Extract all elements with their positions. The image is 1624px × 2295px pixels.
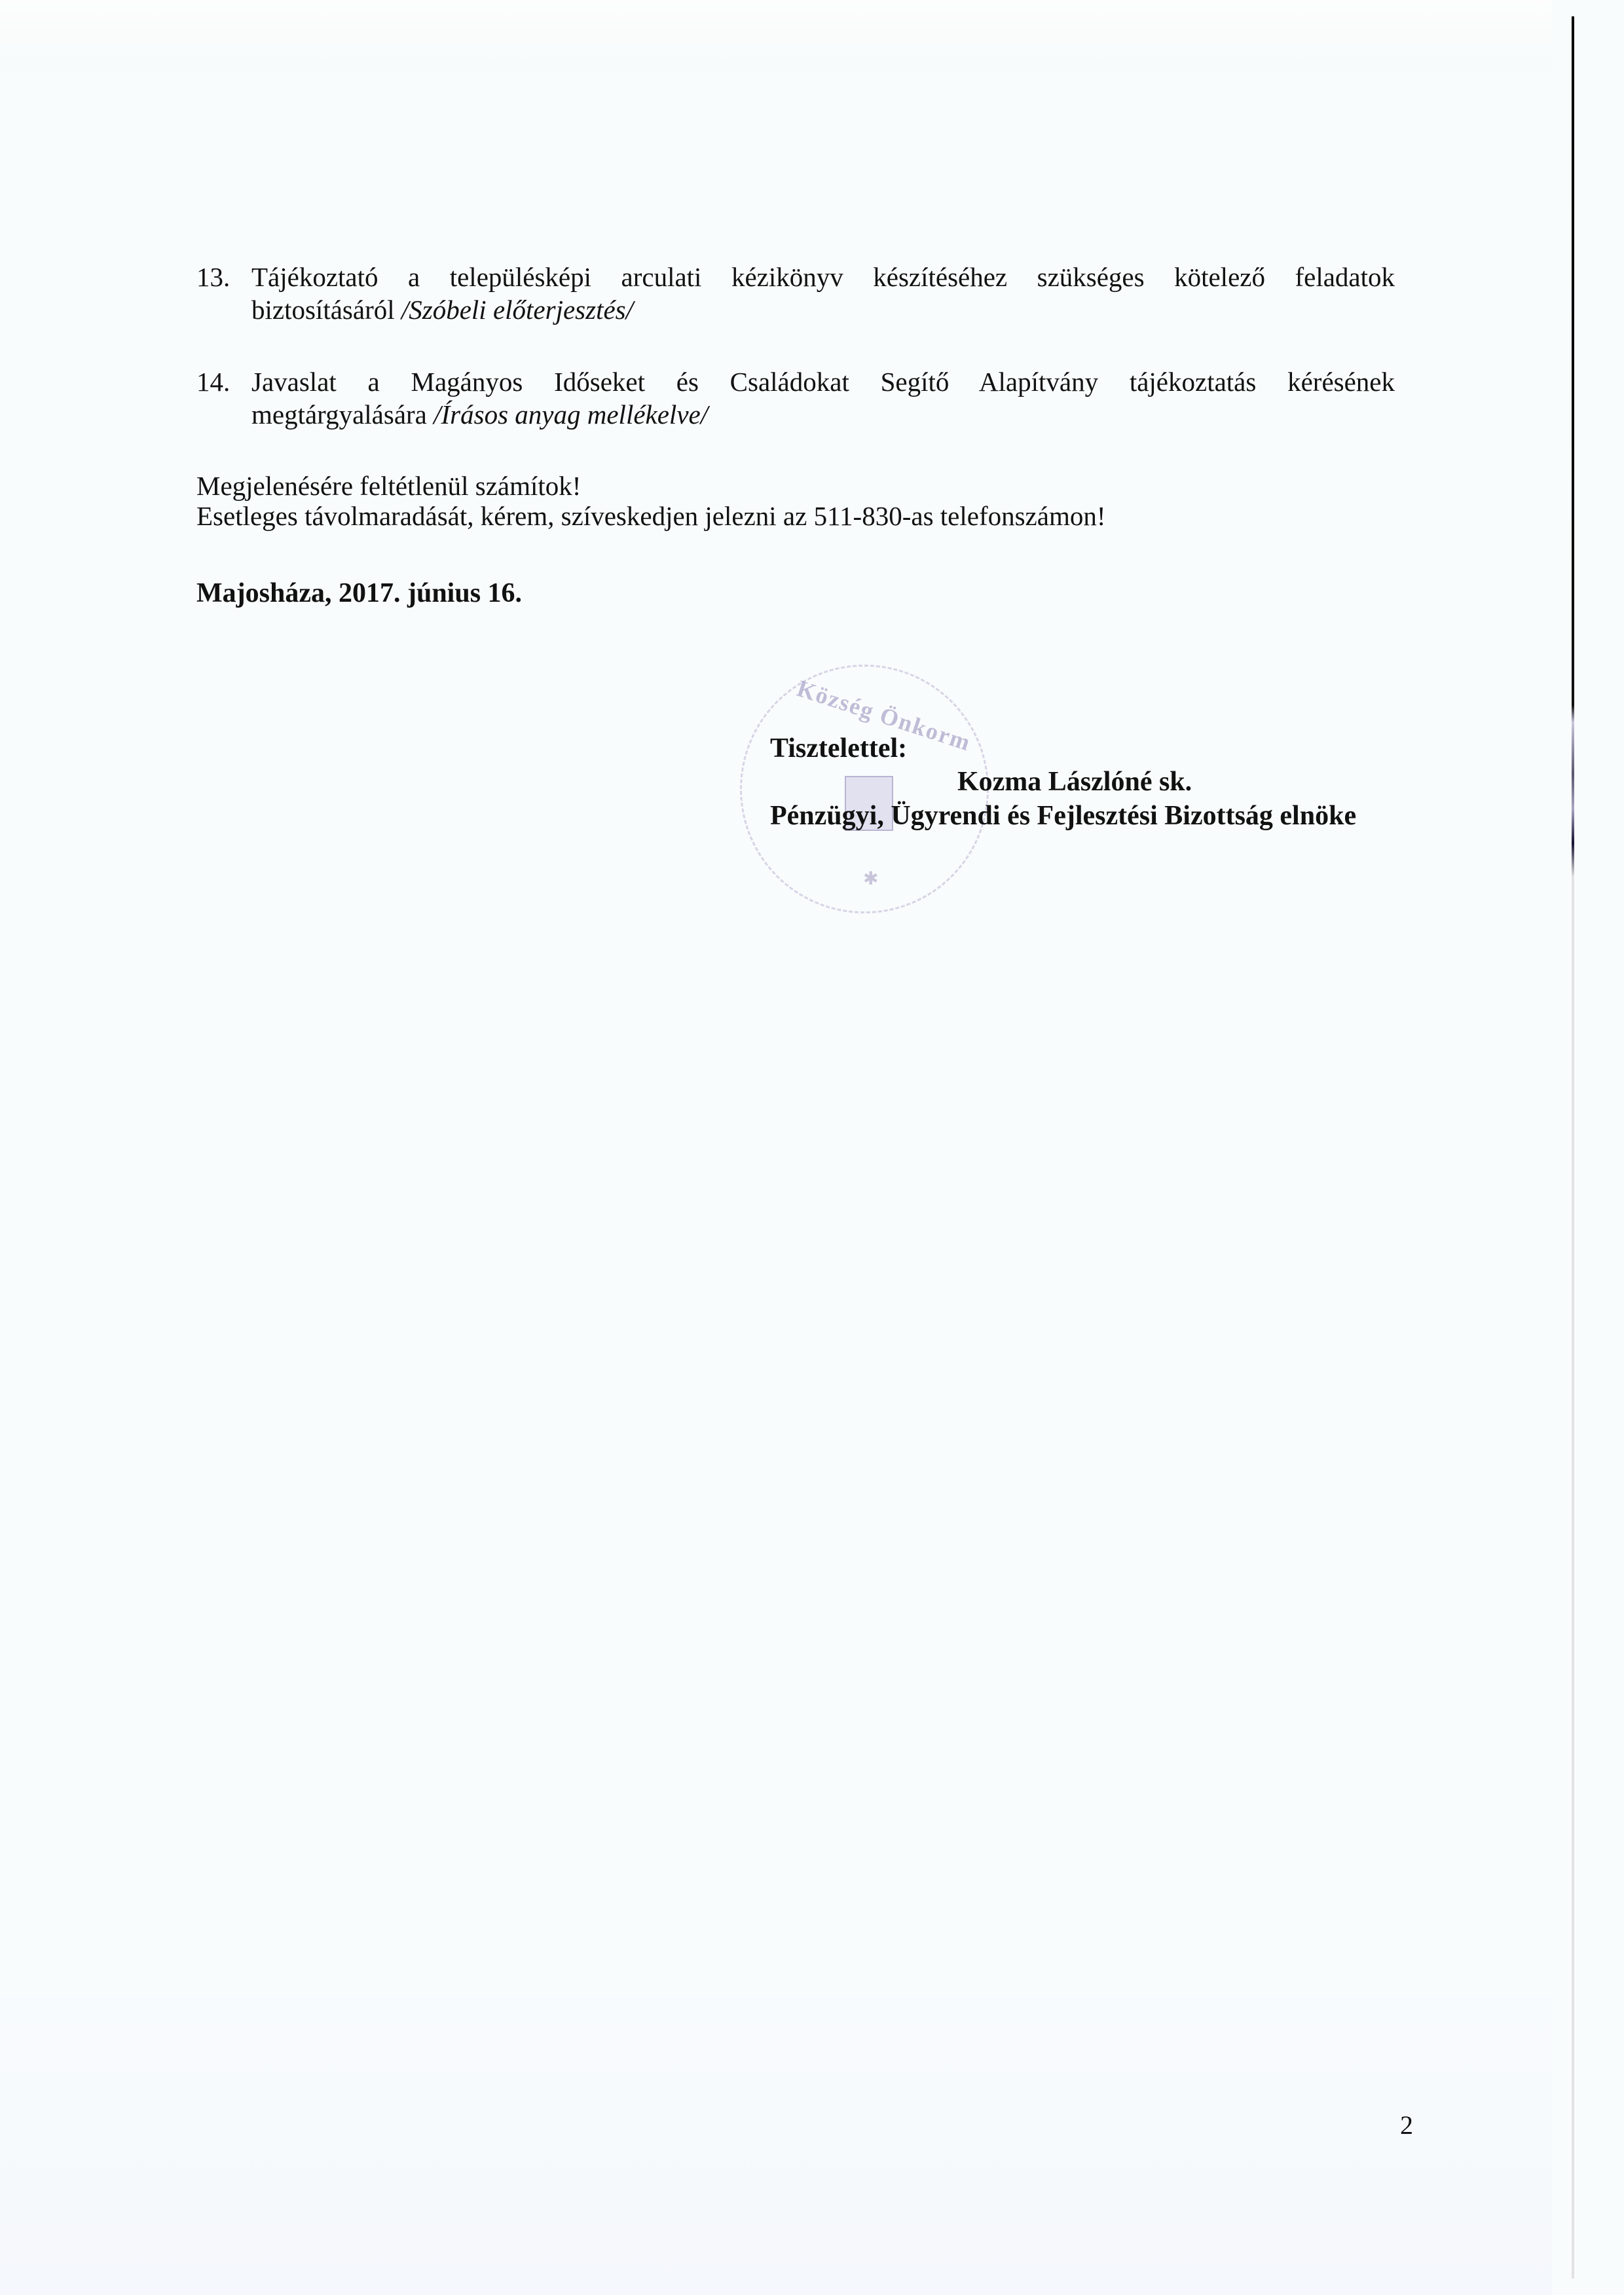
agenda-item-14: 14. Javaslat a Magányos Időseket és Csal…	[196, 365, 1395, 431]
agenda-item-note: /Írásos anyag mellékelve/	[434, 399, 708, 430]
signature-greeting: Tisztelettel:	[770, 735, 907, 762]
signature-name: Kozma Lászlóné sk.	[957, 768, 1192, 796]
agenda-item-number: 13.	[196, 261, 230, 293]
signature-title: Pénzügyi, Ügyrendi és Fejlesztési Bizott…	[770, 802, 1356, 830]
agenda-item-note: /Szóbeli előterjesztés/	[401, 295, 633, 325]
attendance-request: Megjelenésére feltétlenül számítok!	[196, 473, 581, 500]
absence-notice: Esetleges távolmaradását, kérem, szívesk…	[196, 503, 1106, 530]
agenda-item-text-line2: biztosításáról	[251, 295, 401, 325]
place-date: Majosháza, 2017. június 16.	[196, 579, 522, 607]
scan-edge-line-light	[1572, 877, 1574, 2279]
agenda-item-text-line2: megtárgyalására	[251, 399, 434, 430]
agenda-item-text-line1: Javaslat a Magányos Időseket és Családok…	[251, 365, 1395, 398]
page-shade-bottom	[0, 1997, 1552, 2295]
scan-edge-line	[1572, 16, 1574, 877]
stamp-star-icon: ✱	[863, 868, 878, 890]
page-number: 2	[1400, 2110, 1413, 2140]
page-shade-top	[0, 0, 1552, 72]
agenda-item-text-line1: Tájékoztató a településképi arculati kéz…	[251, 261, 1395, 293]
agenda-item-13: 13. Tájékoztató a településképi arculati…	[196, 261, 1395, 326]
agenda-item-number: 14.	[196, 365, 230, 398]
